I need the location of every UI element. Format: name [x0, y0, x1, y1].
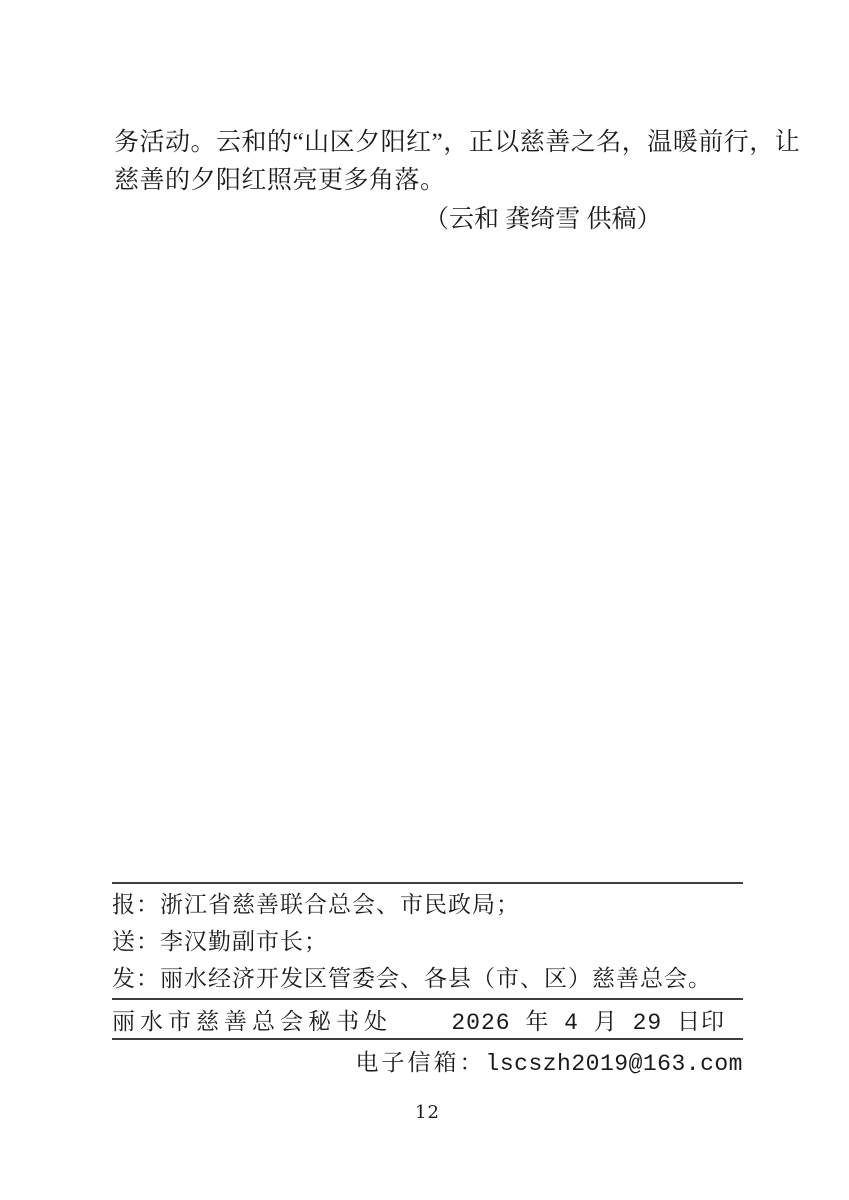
page-number: 12: [112, 1102, 743, 1123]
imprint-row: 丽水市慈善总会秘书处 2026 年 4 月 29 日印: [112, 1007, 743, 1038]
divider-rule-top: [112, 882, 743, 884]
email-line: 电子信箱：lscszh2019@163.com: [112, 1048, 743, 1079]
distribution-issue-line: 发：丽水经济开发区管委会、各县（市、区）慈善总会。: [112, 964, 752, 994]
email-address: lscszh2019@163.com: [486, 1051, 743, 1077]
imprint-office-name: 丽水市慈善总会秘书处: [112, 1007, 392, 1036]
email-label: 电子信箱：: [356, 1050, 486, 1075]
distribution-send-line: 送：李汉勤副市长；: [112, 927, 752, 957]
document-page: 务活动。云和的“山区夕阳红”，正以慈善之名，温暖前行，让 慈善的夕阳红照亮更多角…: [0, 0, 849, 1200]
body-paragraph-line-1: 务活动。云和的“山区夕阳红”，正以慈善之名，温暖前行，让: [114, 126, 754, 160]
body-paragraph-line-2: 慈善的夕阳红照亮更多角落。: [114, 164, 754, 198]
contributor-attribution: （云和 龚绮雪 供稿）: [424, 204, 662, 236]
divider-rule-bottom: [112, 1038, 743, 1040]
divider-rule-middle: [112, 998, 743, 1000]
distribution-report-line: 报：浙江省慈善联合总会、市民政局；: [112, 890, 752, 920]
imprint-print-date: 2026 年 4 月 29 日印: [451, 1009, 725, 1038]
